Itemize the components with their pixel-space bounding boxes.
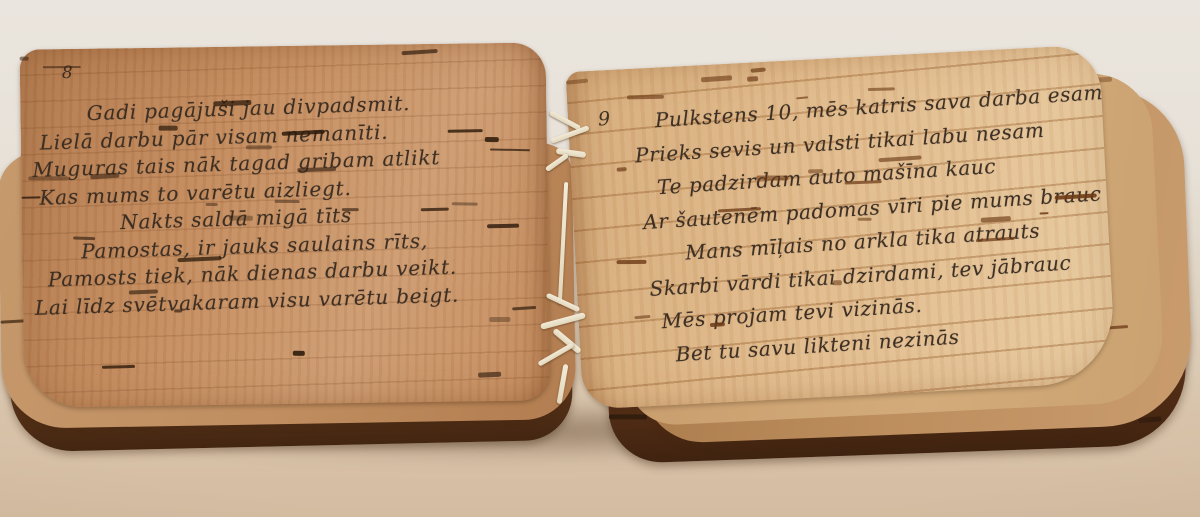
lenticel-dash <box>617 167 628 172</box>
lenticel-dash <box>616 260 646 264</box>
lenticel-dash <box>228 216 252 221</box>
lenticel-dash <box>747 76 758 81</box>
lenticel-dash <box>512 306 536 310</box>
lenticel-dash <box>102 365 135 369</box>
lenticel-dash <box>245 146 271 150</box>
lenticel-dash <box>20 56 29 60</box>
lenticel-dash <box>833 280 843 285</box>
lenticel-dash <box>1138 416 1162 423</box>
lenticel-dash <box>159 125 178 130</box>
lenticel-dash <box>206 203 218 206</box>
lenticel-dash <box>174 310 182 313</box>
lenticel-dash <box>487 224 520 228</box>
right-page-handwriting: Pulkstens 10, mēs katris sava darba esam… <box>626 71 1200 374</box>
photo-birch-bark-notebook: 8 Gadi pagājuši jau divpadsmit. Lielā da… <box>0 0 1200 517</box>
left-page: 8 Gadi pagājuši jau divpadsmit. Lielā da… <box>20 42 551 407</box>
lenticel-dash <box>808 169 823 173</box>
lenticel-dash <box>478 371 501 377</box>
lenticel-dash <box>566 78 588 84</box>
lenticel-dash <box>402 49 438 55</box>
lenticel-dash <box>756 176 788 181</box>
right-page: 9 Pulkstens 10, mēs katris sava darba es… <box>566 44 1117 409</box>
lenticel-dash <box>489 317 510 322</box>
lenticel-dash <box>275 200 300 203</box>
lenticel-dash <box>858 218 872 221</box>
lenticel-dash <box>609 415 647 420</box>
lenticel-dash <box>701 75 732 83</box>
lenticel-dash <box>868 87 895 90</box>
lenticel-dash <box>490 148 530 151</box>
lenticel-dash <box>293 350 305 356</box>
lenticel-dash <box>485 138 499 143</box>
lenticel-dash <box>342 208 359 211</box>
lenticel-dash <box>28 176 68 180</box>
lenticel-dash <box>627 95 664 100</box>
lenticel-dash <box>751 67 766 73</box>
lenticel-dash <box>421 207 449 210</box>
right-page-number: 9 <box>597 108 610 131</box>
